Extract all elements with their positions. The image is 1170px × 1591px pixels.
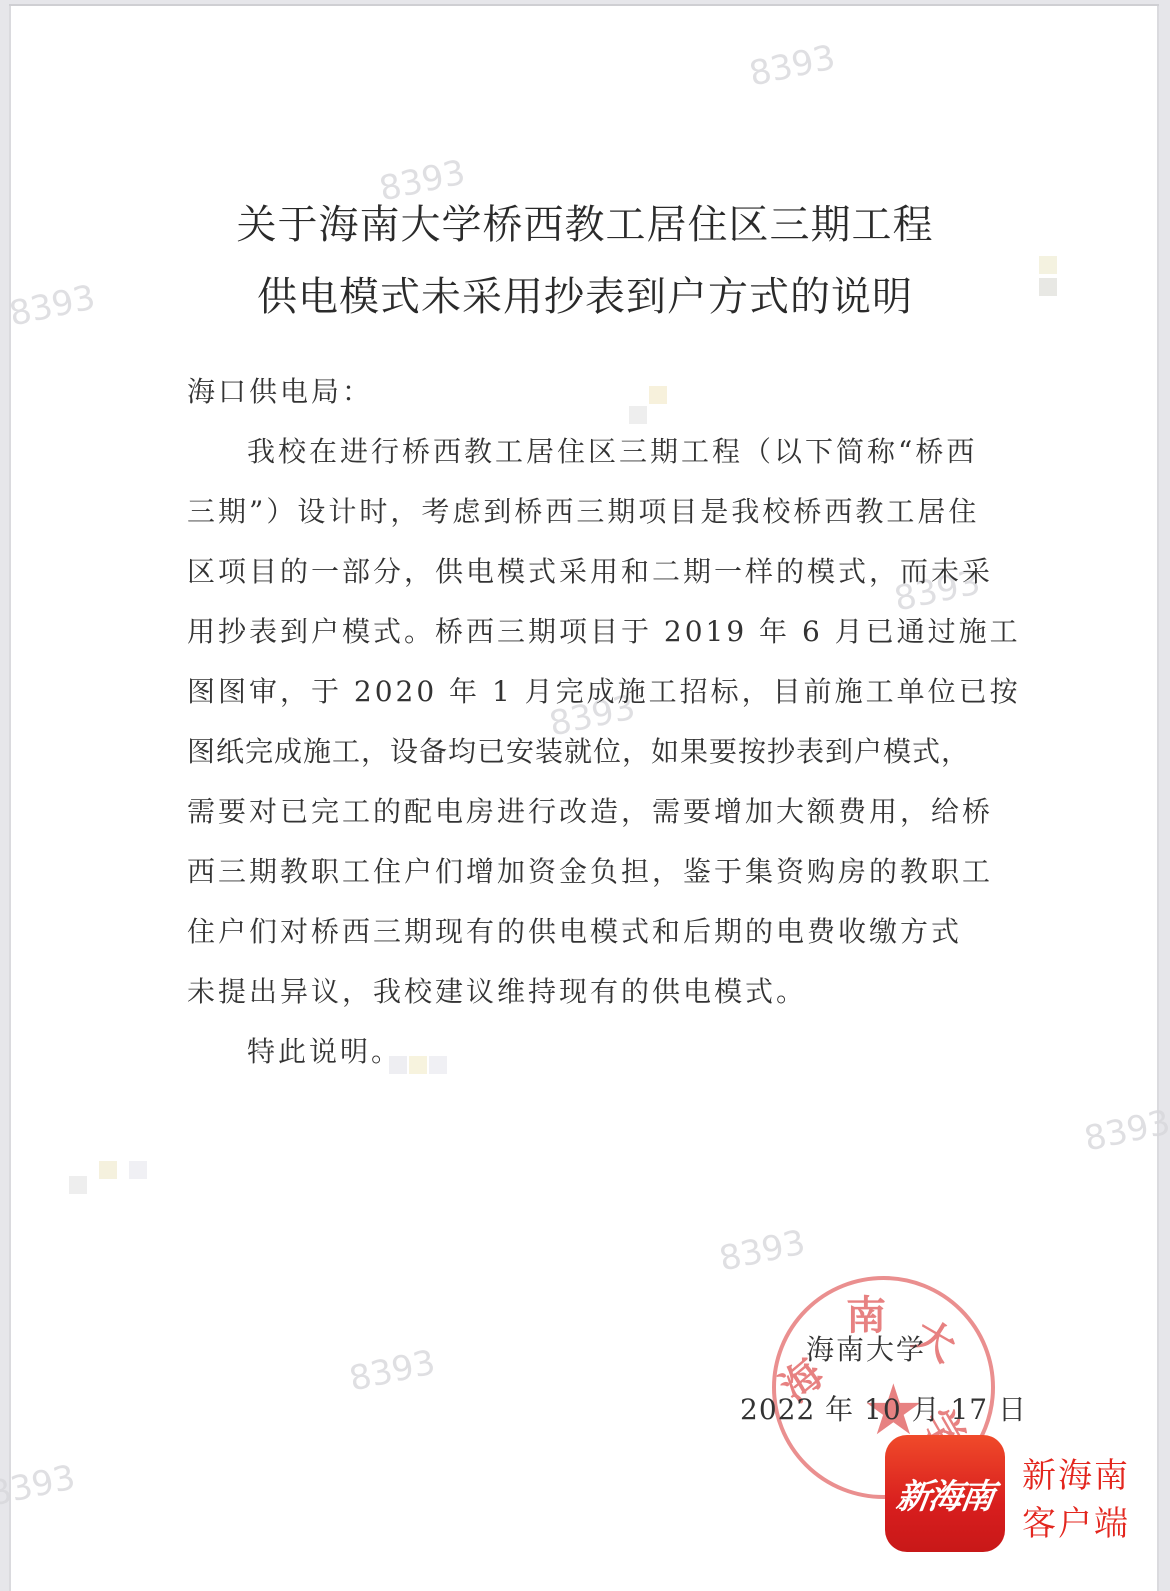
brand-name-line-2: 客户端 bbox=[1022, 1496, 1130, 1545]
closing: 特此说明。 bbox=[247, 1030, 1047, 1070]
watermark: 8393 bbox=[346, 1342, 439, 1399]
watermark: 8393 bbox=[1081, 1102, 1170, 1159]
watermark: 8393 bbox=[746, 37, 839, 94]
body-line: 我校在进行桥西教工居住区三期工程（以下简称“桥西 bbox=[247, 430, 1047, 470]
watermark: 8393 bbox=[716, 1222, 809, 1279]
body-line: 需要对已完工的配电房进行改造，需要增加大额费用，给桥 bbox=[187, 790, 987, 830]
body-line: 西三期教职工住户们增加资金负担，鉴于集资购房的教职工 bbox=[187, 850, 987, 890]
brand-name-line-1: 新海南 bbox=[1022, 1448, 1130, 1497]
body-line: 未提出异议，我校建议维持现有的供电模式。 bbox=[187, 970, 987, 1010]
salutation: 海口供电局： bbox=[187, 370, 987, 410]
body-line: 区项目的一部分，供电模式采用和二期一样的模式，而未采 bbox=[187, 550, 987, 590]
app-logo: 新海南 bbox=[885, 1435, 1005, 1552]
body-line: 用抄表到户模式。桥西三期项目于 2019 年 6 月已通过施工 bbox=[187, 610, 987, 650]
document-title-line-2: 供电模式未采用抄表到户方式的说明 bbox=[0, 265, 1170, 322]
body-line: 三期”）设计时，考虑到桥西三期项目是我校桥西教工居住 bbox=[187, 490, 987, 530]
watermark: 8393 bbox=[0, 1457, 79, 1514]
signature-date: 2022 年 10 月 17 日 bbox=[740, 1388, 1027, 1428]
body-line: 图纸完成施工，设备均已安装就位，如果要按抄表到户模式， bbox=[187, 730, 987, 770]
document-title-line-1: 关于海南大学桥西教工居住区三期工程 bbox=[0, 193, 1170, 250]
body-line: 图图审，于 2020 年 1 月完成施工招标，目前施工单位已按 bbox=[187, 670, 987, 710]
signature-org: 海南大学 bbox=[806, 1328, 926, 1368]
logo-text: 新海南 bbox=[894, 1469, 997, 1518]
body-line: 住户们对桥西三期现有的供电模式和后期的电费收缴方式 bbox=[187, 910, 987, 950]
